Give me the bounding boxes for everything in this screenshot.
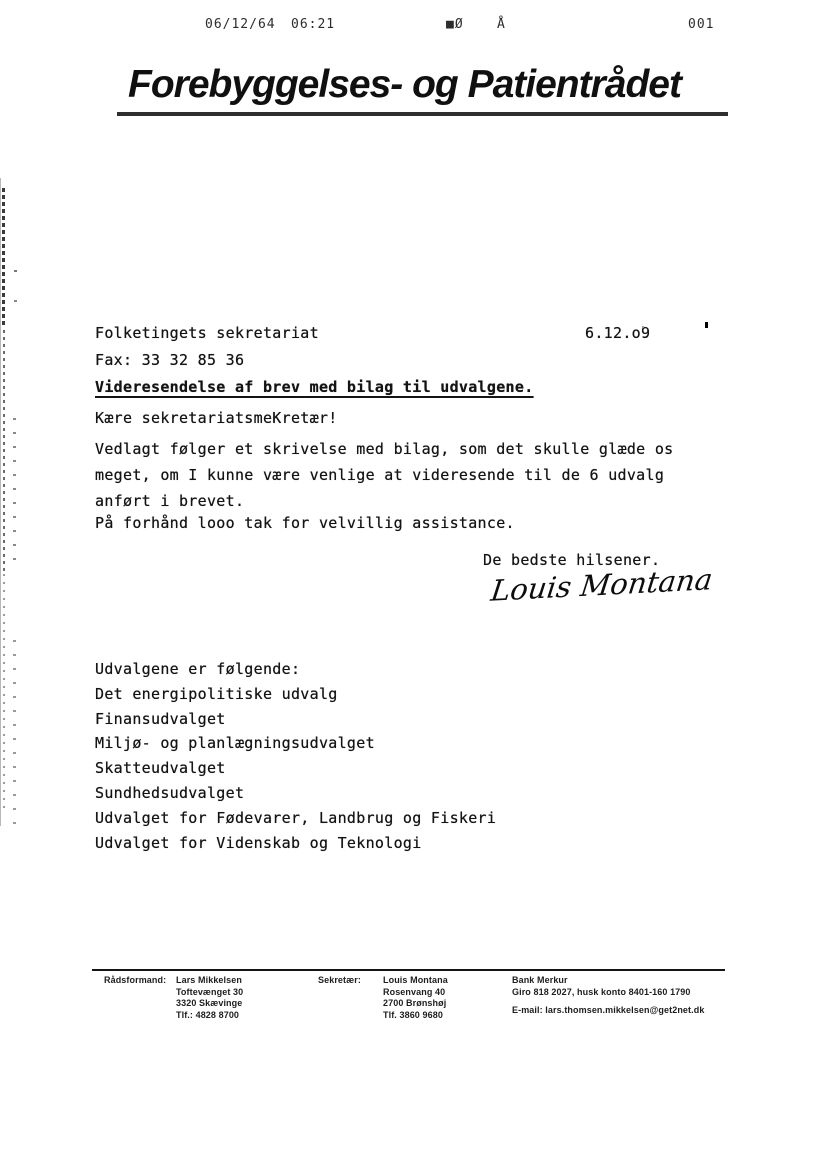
chairman-name: Lars Mikkelsen: [176, 975, 243, 987]
letterhead-divider: [117, 112, 728, 116]
handwritten-signature: Louis Montana: [489, 562, 714, 607]
committee-item: Udvalget for Fødevarer, Landbrug og Fisk…: [95, 806, 496, 831]
secretary-street: Rosenvang 40: [383, 987, 448, 999]
scan-speck: [642, 326, 644, 328]
secretary-city: 2700 Brønshøj: [383, 998, 448, 1010]
body-line: meget, om I kunne være venlige at videre…: [95, 462, 674, 488]
secretary-phone: Tlf. 3860 9680: [383, 1010, 448, 1022]
scan-noise-ticks: [13, 640, 16, 830]
email-line: E-mail: lars.thomsen.mikkelsen@get2net.d…: [512, 1005, 704, 1017]
body-line: Vedlagt følger et skrivelse med bilag, s…: [95, 436, 674, 462]
salutation: Kære sekretariatsmeKretær!: [95, 409, 338, 427]
bank-giro: Giro 818 2027, husk konto 8401-160 1790: [512, 987, 691, 999]
chairman-contact-block: Lars Mikkelsen Toftevænget 30 3320 Skævi…: [176, 975, 243, 1021]
committee-item: Finansudvalget: [95, 707, 496, 732]
fax-time: 06:21: [291, 17, 335, 32]
fax-symbol-icon: ■Ø: [446, 17, 464, 32]
secretary-name: Louis Montana: [383, 975, 448, 987]
scan-speck: [705, 322, 708, 328]
bank-block: Bank Merkur Giro 818 2027, husk konto 84…: [512, 975, 691, 998]
footer-divider: [92, 969, 725, 971]
bank-name: Bank Merkur: [512, 975, 691, 987]
scanned-fax-page: 06/12/64 06:21 ■Ø Å 001 Forebyggelses- o…: [0, 0, 825, 1168]
body-paragraph: Vedlagt følger et skrivelse med bilag, s…: [95, 436, 674, 514]
committee-item: Skatteudvalget: [95, 756, 496, 781]
fax-number-line: Fax: 33 32 85 36: [95, 351, 244, 369]
scan-speck: [14, 300, 17, 302]
committee-item: Sundhedsudvalget: [95, 781, 496, 806]
scan-noise-ticks: [13, 418, 16, 568]
committee-list: Udvalgene er følgende: Det energipolitis…: [95, 657, 496, 855]
body-line: anført i brevet.: [95, 488, 674, 514]
scan-noise-strip: [2, 188, 5, 328]
committee-item: Miljø- og planlægningsudvalget: [95, 731, 496, 756]
committee-item: Udvalget for Videnskab og Teknologi: [95, 831, 496, 856]
chairman-street: Toftevænget 30: [176, 987, 243, 999]
fax-date: 06/12/64: [205, 17, 276, 32]
recipient-line: Folketingets sekretariat: [95, 324, 319, 342]
scan-noise-strip: [3, 330, 5, 572]
secretary-contact-block: Louis Montana Rosenvang 40 2700 Brønshøj…: [383, 975, 448, 1021]
subject-line: Videresendelse af brev med bilag til udv…: [95, 378, 534, 396]
fax-station-marker: Å: [497, 17, 506, 32]
letterhead-title: Forebyggelses- og Patientrådet: [128, 63, 681, 107]
chairman-label: Rådsformand:: [104, 975, 166, 987]
chairman-phone: Tlf.: 4828 8700: [176, 1010, 243, 1022]
committee-list-intro: Udvalgene er følgende:: [95, 657, 496, 682]
chairman-city: 3320 Skævinge: [176, 998, 243, 1010]
thanks-line: På forhånd looo tak for velvillig assist…: [95, 514, 515, 532]
committee-item: Det energipolitiske udvalg: [95, 682, 496, 707]
letter-date: 6.12.o9: [585, 324, 650, 342]
secretary-label: Sekretær:: [318, 975, 361, 987]
scan-speck: [14, 270, 17, 272]
scan-edge-line: [0, 178, 1, 826]
fax-page-number: 001: [688, 17, 714, 32]
scan-noise-strip: [3, 574, 5, 812]
